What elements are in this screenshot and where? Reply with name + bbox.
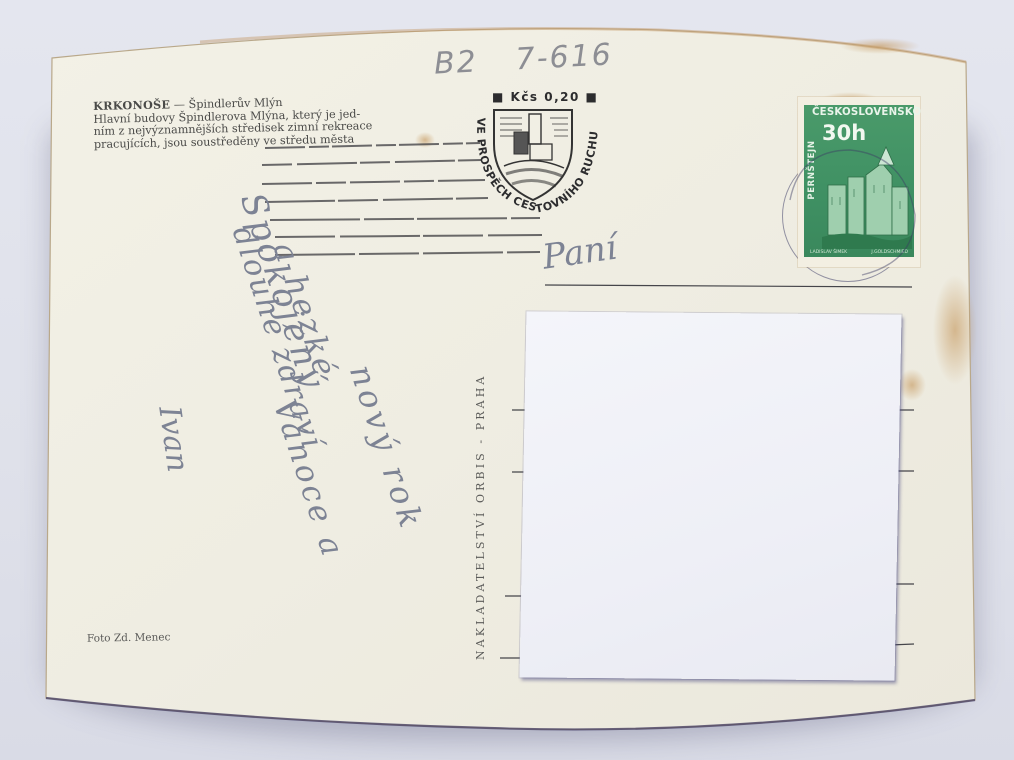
postcard-content: B27-616 KRKONOŠE — Špindlerův Mlýn Hlavn… bbox=[0, 0, 1014, 760]
pasted-white-label bbox=[519, 311, 901, 680]
